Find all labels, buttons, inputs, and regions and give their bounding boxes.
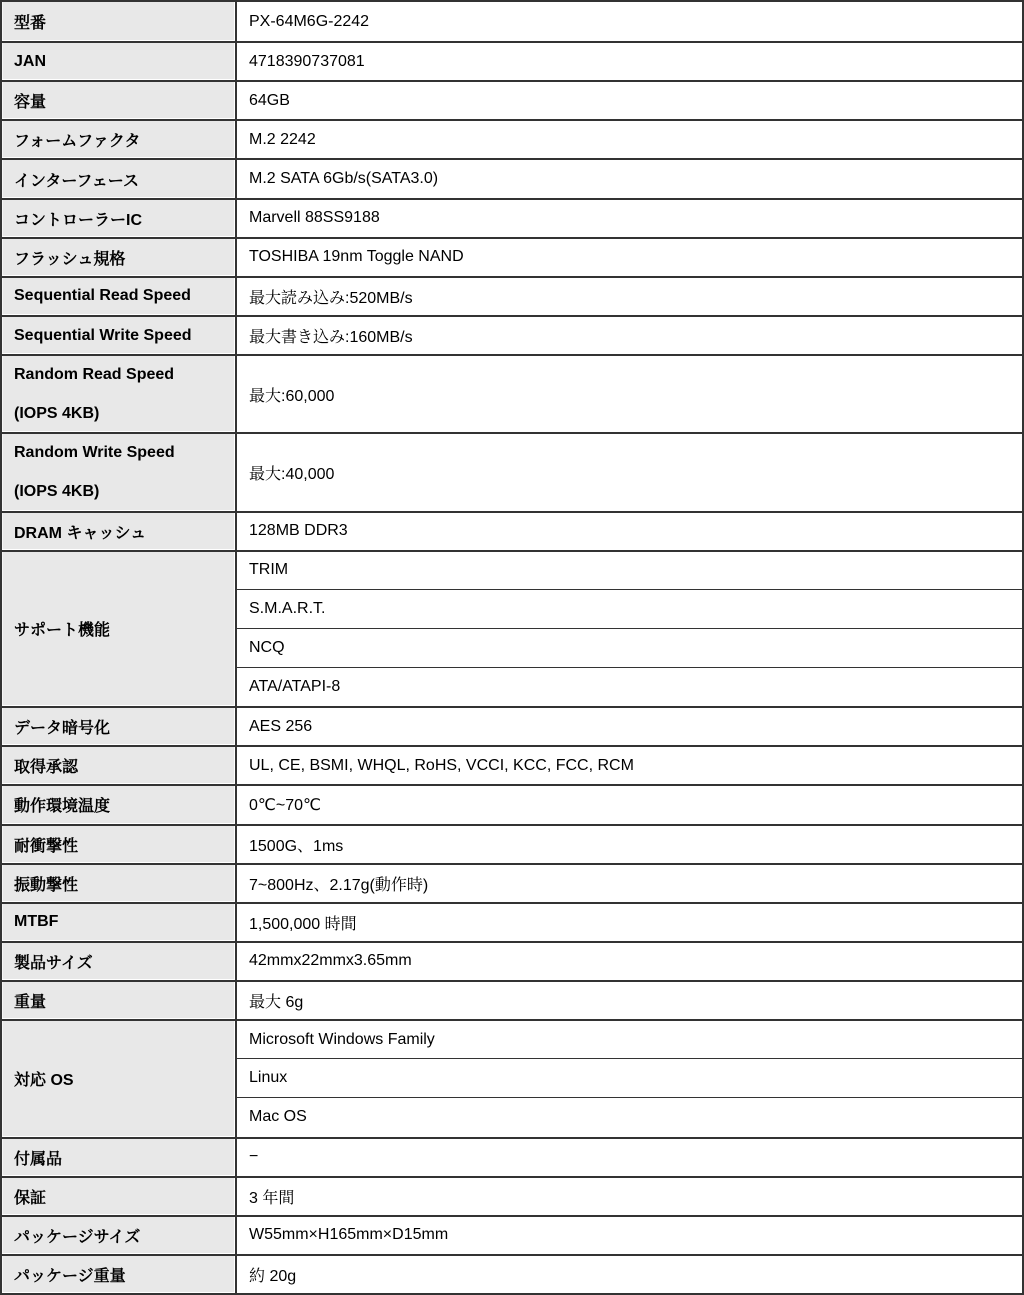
- spec-row-label: 対応 OS: [2, 1019, 237, 1136]
- spec-label-line: Random Write Speed: [14, 433, 175, 472]
- spec-label-line: Random Read Speed: [14, 355, 174, 394]
- spec-row-value: 3 年間: [237, 1176, 1022, 1215]
- spec-row-value: 最大:60,000: [237, 354, 1022, 432]
- spec-row-value: 1,500,000 時間: [237, 902, 1022, 941]
- spec-row-label: JAN: [2, 41, 237, 80]
- spec-row-label: フォームファクタ: [2, 119, 237, 158]
- spec-row-subvalue: S.M.A.R.T.: [237, 589, 1022, 628]
- spec-label-line: (IOPS 4KB): [14, 472, 99, 510]
- spec-row-value: 4718390737081: [237, 41, 1022, 80]
- spec-row-value: TOSHIBA 19nm Toggle NAND: [237, 237, 1022, 276]
- spec-label-line: (IOPS 4KB): [14, 394, 99, 432]
- spec-row-value: 最大読み込み:520MB/s: [237, 276, 1022, 315]
- spec-row-subvalue: TRIM: [237, 550, 1022, 589]
- spec-row-label: MTBF: [2, 902, 237, 941]
- spec-row-subvalue: ATA/ATAPI-8: [237, 667, 1022, 706]
- spec-row-label: 容量: [2, 80, 237, 119]
- spec-row-value: 0℃~70℃: [237, 784, 1022, 823]
- spec-row-label: 動作環境温度: [2, 784, 237, 823]
- spec-row-label: サポート機能: [2, 550, 237, 706]
- spec-row-value: −: [237, 1137, 1022, 1176]
- spec-row-label: 耐衝撃性: [2, 824, 237, 863]
- spec-row-label: フラッシュ規格: [2, 237, 237, 276]
- spec-row-value: 最大書き込み:160MB/s: [237, 315, 1022, 354]
- spec-row-value: 約 20g: [237, 1254, 1022, 1293]
- spec-row-label: データ暗号化: [2, 706, 237, 745]
- spec-row-label: インターフェース: [2, 158, 237, 197]
- spec-row-label: 型番: [2, 2, 237, 41]
- spec-row-value: 128MB DDR3: [237, 511, 1022, 550]
- spec-row-label: 保証: [2, 1176, 237, 1215]
- spec-row-subvalue: Mac OS: [237, 1097, 1022, 1136]
- spec-row-subvalue: Linux: [237, 1058, 1022, 1097]
- spec-row-value: 最大:40,000: [237, 432, 1022, 510]
- spec-row-value: 42mmx22mmx3.65mm: [237, 941, 1022, 980]
- spec-row-value: 7~800Hz、2.17g(動作時): [237, 863, 1022, 902]
- spec-row-label: パッケージサイズ: [2, 1215, 237, 1254]
- spec-row-label: Sequential Read Speed: [2, 276, 237, 315]
- spec-row-value: AES 256: [237, 706, 1022, 745]
- spec-row-subvalue: NCQ: [237, 628, 1022, 667]
- spec-row-value: 64GB: [237, 80, 1022, 119]
- spec-table: 型番 PX-64M6G-2242 JAN 4718390737081 容量 64…: [0, 0, 1024, 1295]
- spec-row-label: 製品サイズ: [2, 941, 237, 980]
- spec-row-value: UL, CE, BSMI, WHQL, RoHS, VCCI, KCC, FCC…: [237, 745, 1022, 784]
- spec-row-label: Random Write Speed (IOPS 4KB): [2, 432, 237, 510]
- spec-row-label: 振動撃性: [2, 863, 237, 902]
- spec-row-label: DRAM キャッシュ: [2, 511, 237, 550]
- spec-row-value: M.2 2242: [237, 119, 1022, 158]
- spec-row-subvalue: Microsoft Windows Family: [237, 1019, 1022, 1058]
- spec-row-label: 重量: [2, 980, 237, 1019]
- spec-row-label: 取得承認: [2, 745, 237, 784]
- spec-row-label: パッケージ重量: [2, 1254, 237, 1293]
- spec-row-value: 1500G、1ms: [237, 824, 1022, 863]
- spec-row-label: 付属品: [2, 1137, 237, 1176]
- page: 型番 PX-64M6G-2242 JAN 4718390737081 容量 64…: [0, 0, 1024, 1295]
- spec-row-value: M.2 SATA 6Gb/s(SATA3.0): [237, 158, 1022, 197]
- spec-row-value: 最大 6g: [237, 980, 1022, 1019]
- spec-row-value: Marvell 88SS9188: [237, 198, 1022, 237]
- spec-row-value: W55mm×H165mm×D15mm: [237, 1215, 1022, 1254]
- spec-row-label: Sequential Write Speed: [2, 315, 237, 354]
- spec-row-label: コントローラーIC: [2, 198, 237, 237]
- spec-row-value: PX-64M6G-2242: [237, 2, 1022, 41]
- spec-row-label: Random Read Speed (IOPS 4KB): [2, 354, 237, 432]
